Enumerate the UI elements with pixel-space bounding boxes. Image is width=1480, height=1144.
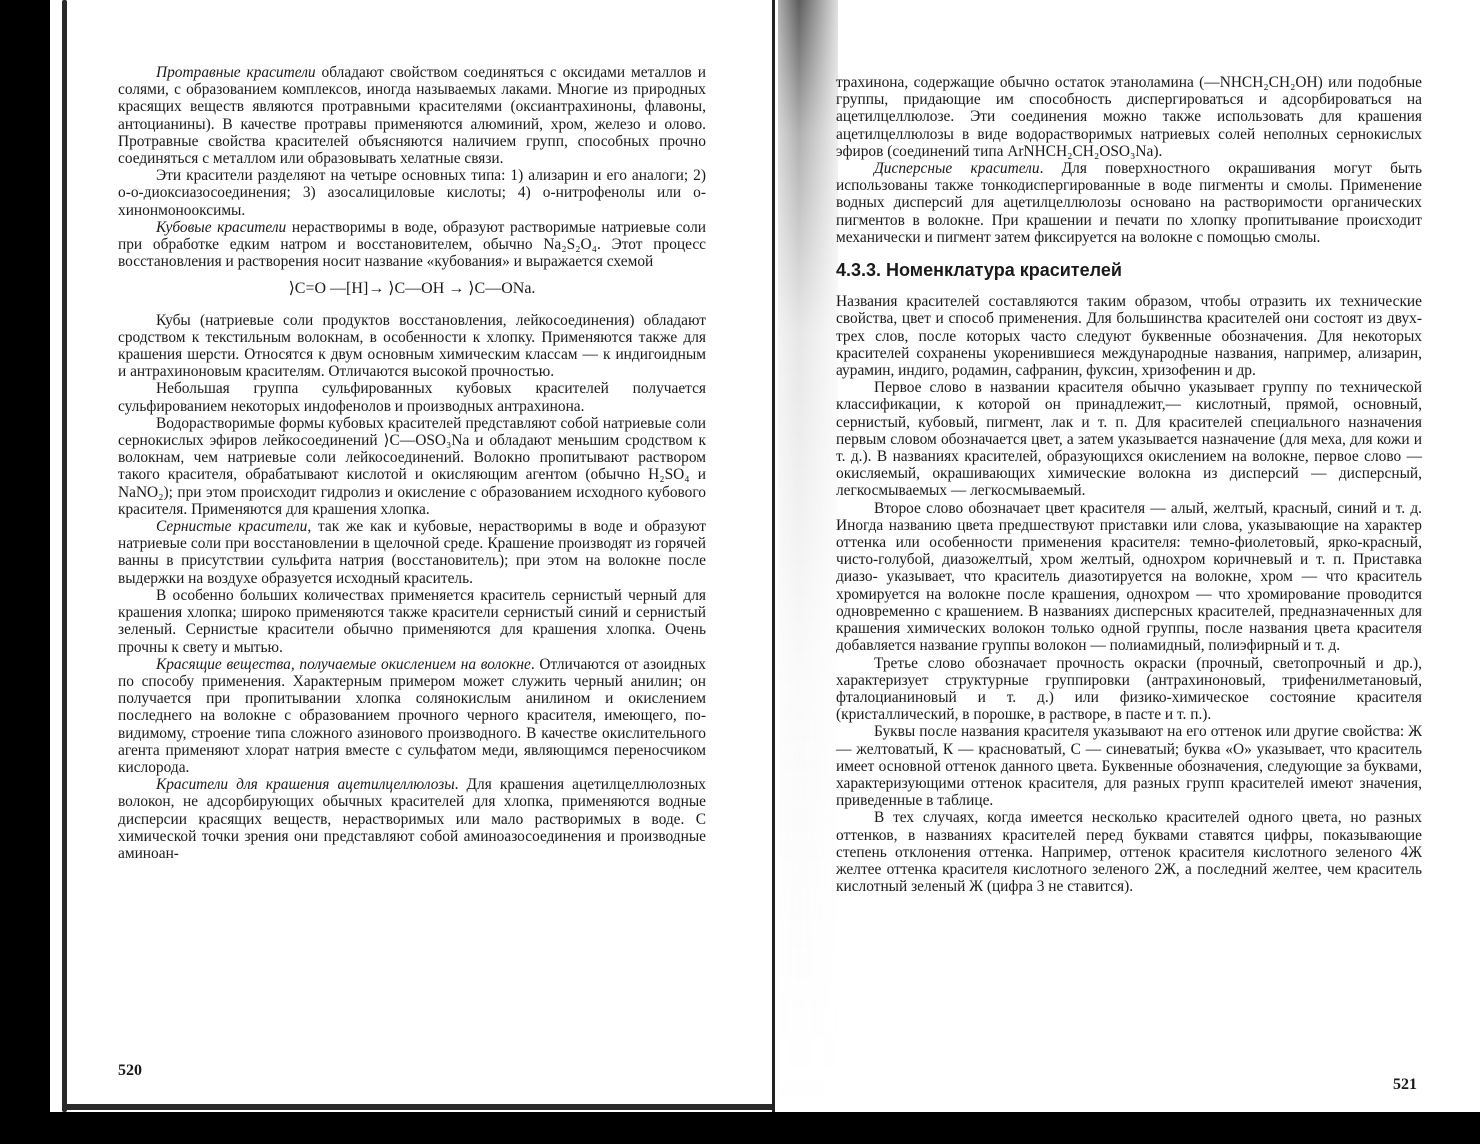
book-gutter-shadow (778, 0, 838, 1112)
page-edge-bottom (62, 1104, 772, 1110)
paragraph-text: Третье слово обозначает прочность окраск… (836, 655, 1422, 724)
paragraph: Третье слово обозначает прочность окраск… (836, 655, 1422, 724)
paragraph: Дисперсные красители. Для поверхностного… (836, 160, 1422, 246)
page-number-right: 521 (1393, 1076, 1417, 1094)
paragraph: Кубовые красители нерастворимы в воде, о… (118, 219, 706, 271)
italic-term: Красители для крашения ацетилцеллюлозы (156, 776, 455, 793)
paragraph: Красители для крашения ацетилцеллюлозы. … (118, 776, 706, 862)
right-page: трахинона, содержащие обычно остаток эта… (836, 74, 1422, 895)
paragraph: Названия красителей составляются таким о… (836, 293, 1422, 379)
italic-term: Протравные красители (156, 64, 316, 81)
scan-border-left (0, 0, 50, 1144)
paragraph-text: Второе слово обозначает цвет красителя —… (836, 500, 1422, 655)
paragraph: Небольшая группа сульфированных кубовых … (118, 380, 706, 414)
italic-term: Дисперсные красители (874, 160, 1040, 177)
paragraph: Водорастворимые формы кубовых красителей… (118, 415, 706, 518)
paragraph-text: Водорастворимые формы кубовых красителей… (118, 415, 706, 518)
paragraph: Кубы (натриевые соли продуктов восстанов… (118, 312, 706, 381)
paragraph-text: Буквы после названия красителя указывают… (836, 723, 1422, 809)
page-number-left: 520 (118, 1062, 142, 1080)
book-gutter-line (772, 0, 775, 1112)
paragraph: Первое слово в названии красителя обычно… (836, 379, 1422, 499)
scan-border-bottom (0, 1112, 1480, 1144)
paragraph-text: Первое слово в названии красителя обычно… (836, 379, 1422, 499)
italic-term: Красящие вещества, получаемые окислением… (156, 656, 531, 673)
paragraph: В тех случаях, когда имеется несколько к… (836, 809, 1422, 895)
paragraph: В особенно больших количествах применяет… (118, 587, 706, 656)
paragraph: Протравные красители обладают свойством … (118, 64, 706, 167)
page-edge-left (62, 0, 67, 1112)
paragraph-text: Эти красители разделяют на четыре основн… (118, 167, 706, 218)
paragraph: Сернистые красители, так же как и кубовы… (118, 518, 706, 587)
paragraph-text: Названия красителей составляются таким о… (836, 293, 1422, 379)
paragraph-text: В тех случаях, когда имеется несколько к… (836, 809, 1422, 895)
paragraph: Буквы после названия красителя указывают… (836, 723, 1422, 809)
paragraph-text: В особенно больших количествах применяет… (118, 587, 706, 656)
paragraph-text: трахинона, содержащие обычно остаток эта… (836, 74, 1422, 160)
paragraph: Второе слово обозначает цвет красителя —… (836, 500, 1422, 655)
paragraph: Красящие вещества, получаемые окислением… (118, 656, 706, 776)
paragraph-text: Кубы (натриевые соли продуктов восстанов… (118, 312, 706, 381)
italic-term: Сернистые красители (156, 518, 307, 535)
italic-term: Кубовые красители (156, 219, 286, 236)
paragraph-text: Небольшая группа сульфированных кубовых … (118, 380, 706, 414)
chemical-formula: ⟩C=O —[H]→ ⟩C—OH → ⟩C—ONa. (118, 280, 706, 297)
left-page: Протравные красители обладают свойством … (118, 64, 706, 862)
section-heading: 4.3.3. Номенклатура красителей (836, 262, 1422, 279)
paragraph: Эти красители разделяют на четыре основн… (118, 167, 706, 219)
paragraph: трахинона, содержащие обычно остаток эта… (836, 74, 1422, 160)
paragraph-text: . Отличаются от азоидных по способу прим… (118, 656, 706, 776)
